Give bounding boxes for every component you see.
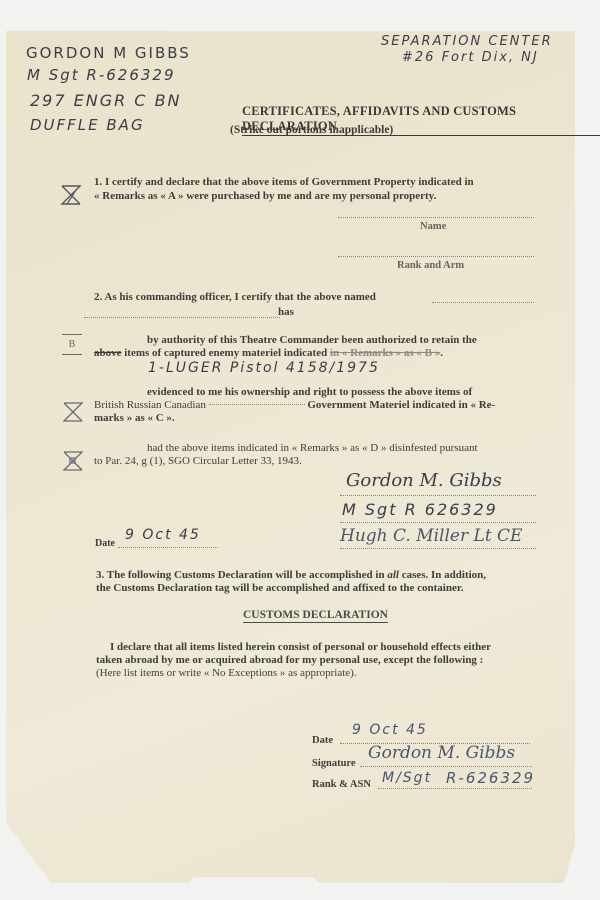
remarks-b-struck: in « Remarks » as « B » [330, 347, 440, 359]
handwritten-name: GORDON M GIBBS [26, 44, 191, 62]
name-field-line[interactable] [338, 217, 534, 218]
date-label-2: Date [312, 734, 333, 748]
section2-line1: 2. As his commanding officer, I certify … [94, 290, 376, 304]
has-text: has [278, 305, 294, 319]
items-text: items of captured enemy materiel indicat… [122, 347, 330, 359]
date-label-1: Date [95, 537, 115, 551]
rank-arm-label: Rank and Arm [397, 260, 464, 271]
named-field-line[interactable] [432, 302, 534, 303]
signature-line-3 [340, 548, 536, 549]
name-label: Name [420, 221, 446, 232]
handwritten-rank-serial-2: M Sgt R 626329 [342, 500, 498, 519]
section3-all: all [387, 569, 399, 581]
british-text: British Russian Canadian [94, 399, 206, 411]
form-subtitle: (Strike out portions inapplicable) [230, 124, 393, 136]
handwritten-date-2: 9 Oct 45 [352, 722, 428, 738]
marks-c-line: marks » as « C ». [94, 411, 175, 425]
customs-signature: Gordon M. Gibbs [368, 743, 515, 763]
strike-x-mark-icon [60, 184, 82, 206]
par-line: to Par. 24, g (1), SGO Circular Letter 3… [94, 454, 302, 468]
evidenced-line: evidenced to me his ownership and right … [147, 385, 472, 399]
period: . [440, 347, 443, 359]
section3-text-a: 3. The following Customs Declaration wil… [96, 569, 387, 581]
handwritten-rank-serial: M Sgt R-626329 [27, 66, 176, 84]
government-materiel-text: Government Materiel indicated in « Re- [307, 399, 495, 411]
signature-line-1 [340, 495, 536, 496]
customs-line1: I declare that all items listed herein c… [110, 640, 491, 654]
signature-label: Signature [312, 757, 356, 771]
handwritten-date-1: 9 Oct 45 [125, 527, 201, 543]
government-field-line[interactable] [209, 404, 305, 405]
disinfest-line: had the above items indicated in « Remar… [147, 441, 478, 455]
handwritten-fort-dix: #26 Fort Dix, NJ [402, 50, 539, 65]
handwritten-asn: R-626329 [446, 769, 535, 787]
section3-line2: the Customs Declaration tag will be acco… [96, 581, 463, 595]
applicant-signature: Gordon M. Gibbs [346, 470, 502, 491]
rank-arm-field-line[interactable] [338, 256, 534, 257]
named-field-line-2[interactable] [84, 317, 280, 318]
strike-x-mark-icon [62, 401, 84, 423]
date-line-1 [118, 547, 218, 548]
authority-line: by authority of this Theatre Commander b… [147, 333, 477, 347]
section1-line2: « Remarks as « A » were purchased by me … [94, 189, 436, 203]
handwritten-rank-2: M/Sgt [382, 770, 432, 786]
officer-signature: Hugh C. Miller Lt CE [340, 526, 522, 546]
section3-line1: 3. The following Customs Declaration wil… [96, 568, 486, 582]
customs-line2: taken abroad by me or acquired abroad fo… [96, 653, 483, 667]
customs-line3: (Here list items or write « No Exception… [96, 666, 357, 680]
handwritten-luger-pistol: 1-LUGER Pistol 4158/1975 [148, 360, 380, 376]
rank-asn-line[interactable] [378, 788, 532, 789]
handwritten-separation-center: SEPARATION CENTER [381, 34, 553, 49]
captured-items-line: above items of captured enemy materiel i… [94, 346, 443, 360]
section3-text-b: cases. In addition, [399, 569, 486, 581]
british-russian-canadian-line: British Russian Canadian Government Mate… [94, 398, 495, 412]
signature-line-4[interactable] [360, 766, 532, 767]
b-marker: B [62, 334, 82, 355]
handwritten-unit: 297 ENGR C BN [30, 91, 182, 110]
section1-line1: 1. I certify and declare that the above … [94, 175, 474, 189]
above-struck: above [94, 347, 122, 359]
customs-declaration-title: CUSTOMS DECLARATION [243, 609, 388, 623]
handwritten-duffle-bag: DUFFLE BAG [30, 116, 145, 134]
rank-asn-label: Rank & ASN [312, 778, 371, 792]
strike-x-mark-icon [62, 450, 84, 472]
signature-line-2 [340, 522, 536, 523]
